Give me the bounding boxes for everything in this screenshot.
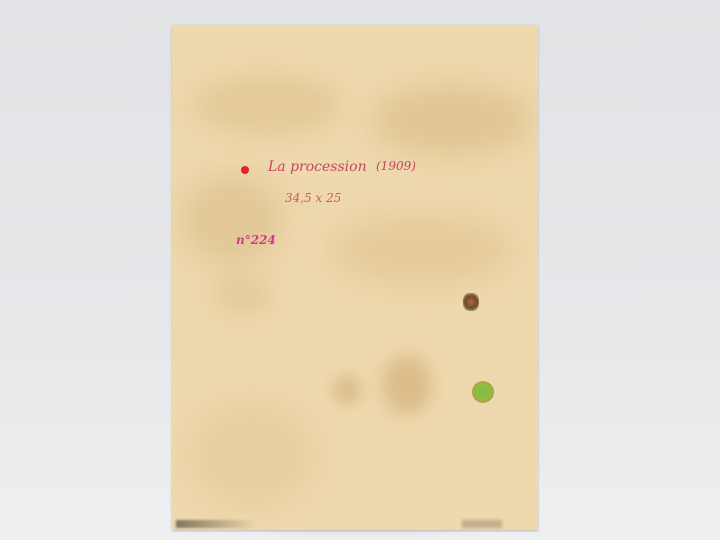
bottom-edge-wear <box>176 520 256 528</box>
stain <box>372 85 532 155</box>
inventory-number: n°224 <box>236 233 276 247</box>
artwork-dimensions: 34,5 x 25 <box>285 191 341 205</box>
artwork-title: La procession <box>268 159 367 175</box>
bottom-edge-wear <box>462 520 502 528</box>
stain <box>192 405 312 505</box>
red-dot-marker <box>241 166 249 174</box>
stain <box>332 215 512 285</box>
stain <box>332 375 362 405</box>
stain <box>382 355 432 415</box>
cardboard-panel: La procession (1909) 34,5 x 25 n°224 <box>172 25 538 530</box>
artwork-year: (1909) <box>376 159 416 173</box>
stain <box>192 75 342 135</box>
brown-stain <box>463 293 479 311</box>
stain <box>182 175 282 265</box>
green-paint-spot <box>472 381 494 403</box>
stain <box>212 275 272 315</box>
